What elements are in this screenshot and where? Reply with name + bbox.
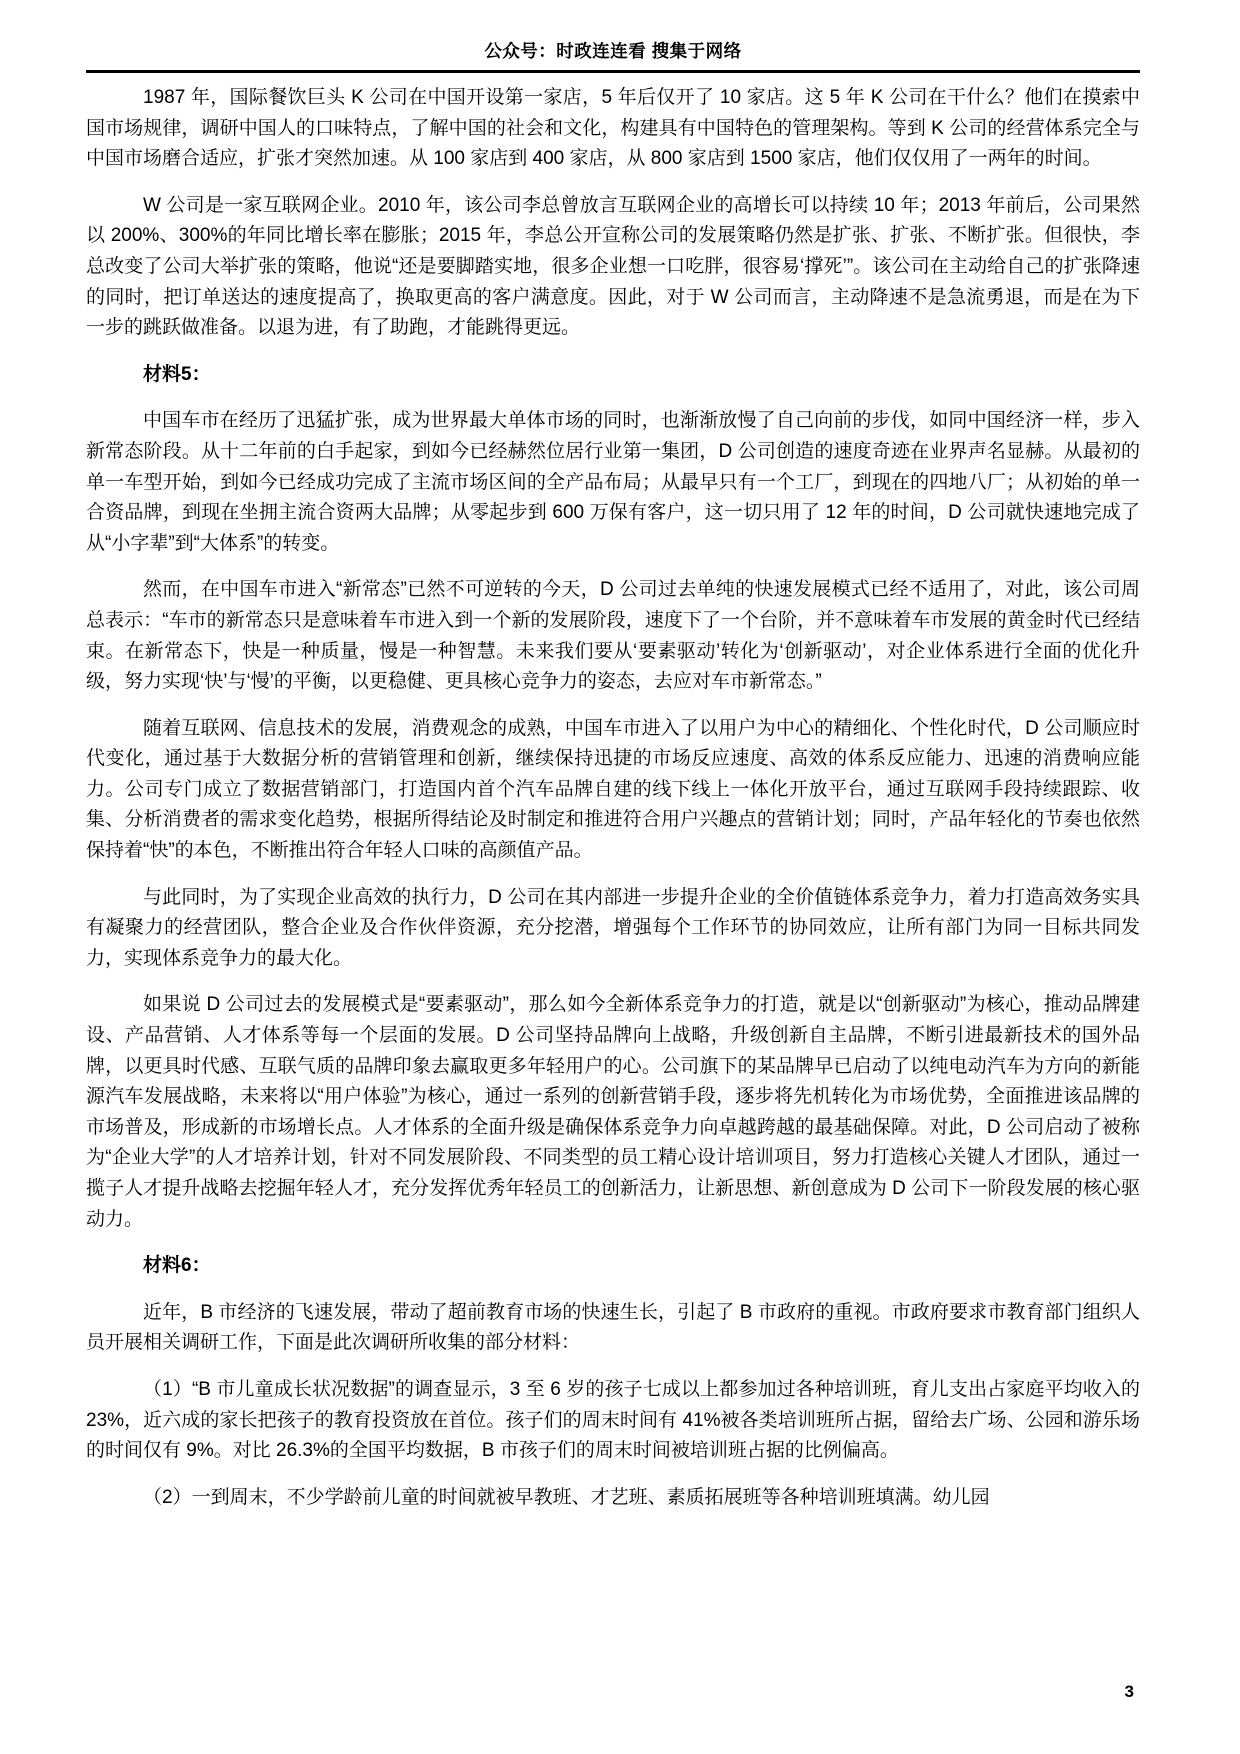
paragraph-survey-item-2: （2）一到周末，不少学龄前儿童的时间就被早教班、才艺班、素质拓展班等各种培训班填…	[86, 1483, 1140, 1514]
paragraph-internet-marketing: 随着互联网、信息技术的发展，消费观念的成熟，中国车市进入了以用户为中心的精细化、…	[86, 714, 1140, 867]
paragraph-innovation-drive: 如果说 D 公司过去的发展模式是“要素驱动”，那么如今全新体系竞争力的打造，就是…	[86, 990, 1140, 1235]
paragraph-execution-teamwork: 与此同时，为了实现企业高效的执行力，D 公司在其内部进一步提升企业的全价值链体系…	[86, 883, 1140, 975]
page-number: 3	[1125, 1682, 1134, 1702]
page-header-title: 公众号：时政连连看 搜集于网络	[86, 40, 1140, 62]
paragraph-w-company: W 公司是一家互联网企业。2010 年，该公司李总曾放言互联网企业的高增长可以持…	[86, 191, 1140, 344]
material-6-heading: 材料6：	[86, 1251, 1140, 1282]
paragraph-new-normal-quote: 然而，在中国车市进入“新常态”已然不可逆转的今天，D 公司过去单纯的快速发展模式…	[86, 575, 1140, 697]
paragraph-d-company-growth: 中国车市在经历了迅猛扩张，成为世界最大单体市场的同时，也渐渐放慢了自己向前的步伐…	[86, 406, 1140, 559]
paragraph-b-city-intro: 近年，B 市经济的飞速发展，带动了超前教育市场的快速生长，引起了 B 市政府的重…	[86, 1298, 1140, 1359]
paragraph-survey-item-1: （1）“B 市儿童成长状况数据”的调查显示，3 至 6 岁的孩子七成以上都参加过…	[86, 1375, 1140, 1467]
paragraph-k-company: 1987 年，国际餐饮巨头 K 公司在中国开设第一家店，5 年后仅开了 10 家…	[86, 83, 1140, 175]
document-page: 公众号：时政连连看 搜集于网络 1987 年，国际餐饮巨头 K 公司在中国开设第…	[0, 0, 1240, 1754]
header-divider	[86, 70, 1140, 73]
material-5-heading: 材料5：	[86, 360, 1140, 391]
document-body: 1987 年，国际餐饮巨头 K 公司在中国开设第一家店，5 年后仅开了 10 家…	[86, 83, 1140, 1513]
